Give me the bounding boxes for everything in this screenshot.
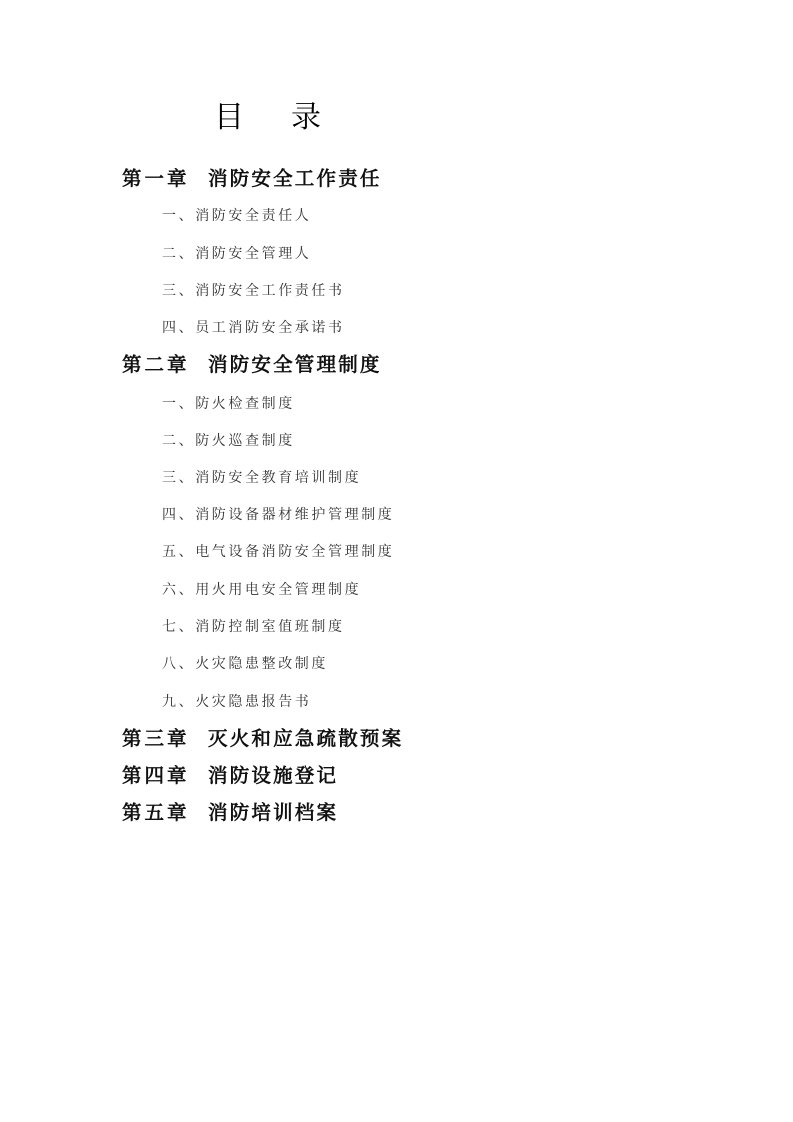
chapter-number: 第一章 (122, 167, 208, 191)
toc-chapter-4[interactable]: 第四章 消防设施登记 (122, 764, 338, 788)
toc-item[interactable]: 一、消防安全责任人 (162, 207, 311, 225)
chapter-title: 消防安全工作责任 (208, 167, 382, 191)
document-page: 目 录 第一章 消防安全工作责任 一、消防安全责任人 二、消防安全管理人 三、消… (0, 0, 793, 1122)
toc-item[interactable]: 三、消防安全工作责任书 (162, 282, 345, 300)
toc-item[interactable]: 三、消防安全教育培训制度 (162, 469, 361, 487)
toc-title: 目 录 (214, 98, 321, 138)
toc-item[interactable]: 七、消防控制室值班制度 (162, 618, 345, 636)
toc-item[interactable]: 九、火灾隐患报告书 (162, 693, 311, 711)
toc-chapter-5[interactable]: 第五章 消防培训档案 (122, 801, 338, 825)
toc-item[interactable]: 五、电气设备消防安全管理制度 (162, 543, 394, 561)
toc-item[interactable]: 二、消防安全管理人 (162, 245, 311, 263)
chapter-title: 消防培训档案 (208, 801, 338, 825)
toc-title-char-2: 录 (291, 98, 321, 138)
chapter-title: 消防设施登记 (208, 764, 338, 788)
toc-chapter-3[interactable]: 第三章 灭火和应急疏散预案 (122, 727, 403, 751)
chapter-number: 第三章 (122, 727, 208, 751)
toc-title-char-1: 目 (214, 98, 244, 138)
toc-item[interactable]: 六、用火用电安全管理制度 (162, 581, 361, 599)
toc-item[interactable]: 四、消防设备器材维护管理制度 (162, 506, 394, 524)
chapter-title: 灭火和应急疏散预案 (208, 727, 403, 751)
toc-item[interactable]: 二、防火巡查制度 (162, 432, 295, 450)
toc-item[interactable]: 一、防火检查制度 (162, 395, 295, 413)
chapter-number: 第二章 (122, 353, 208, 377)
chapter-number: 第四章 (122, 764, 208, 788)
toc-chapter-2[interactable]: 第二章 消防安全管理制度 (122, 353, 382, 377)
chapter-title: 消防安全管理制度 (208, 353, 382, 377)
chapter-number: 第五章 (122, 801, 208, 825)
toc-item[interactable]: 四、员工消防安全承诺书 (162, 319, 345, 337)
toc-chapter-1[interactable]: 第一章 消防安全工作责任 (122, 167, 382, 191)
toc-item[interactable]: 八、火灾隐患整改制度 (162, 655, 328, 673)
